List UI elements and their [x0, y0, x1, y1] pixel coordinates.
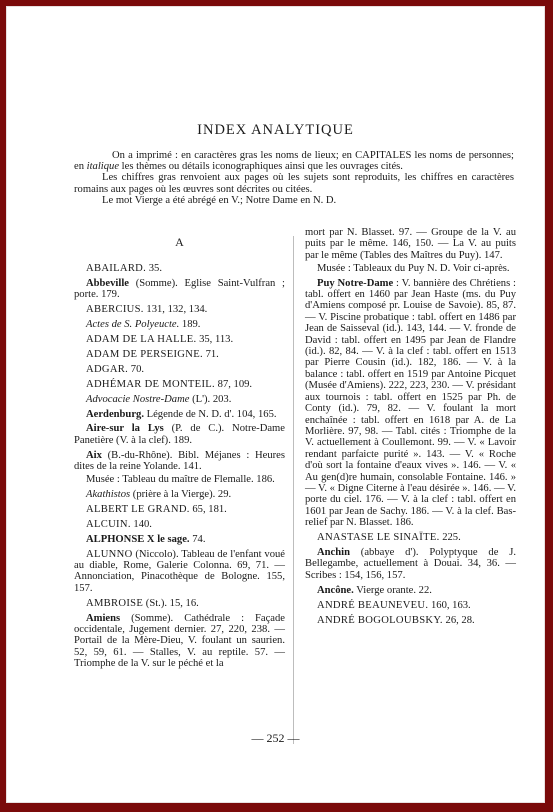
- index-entry-head: Anchin: [317, 547, 350, 558]
- index-entry: Musée : Tableau du maître de Flemalle. 1…: [74, 474, 285, 485]
- index-column-right: mort par N. Blasset. 97. — Groupe de la …: [305, 227, 516, 629]
- index-entry-refs: 160, 163.: [428, 600, 470, 611]
- index-entry: Akathistos (prière à la Vierge). 29.: [74, 489, 285, 500]
- index-entry: Actes de S. Polyeucte. 189.: [74, 319, 285, 330]
- index-entry-head: Aerdenburg.: [86, 409, 144, 420]
- index-entry-refs: 225.: [440, 532, 461, 543]
- page-number: — 252 —: [6, 731, 545, 746]
- index-entry: Ancône. Vierge orante. 22.: [305, 585, 516, 596]
- index-entry-refs: 189.: [179, 319, 200, 330]
- index-entry: ANDRÉ BEAUNEVEU. 160, 163.: [305, 600, 516, 611]
- intro-paragraph-2: Les chiffres gras renvoient aux pages où…: [74, 172, 514, 194]
- index-entry-head: AMBROISE: [86, 598, 143, 609]
- index-entry: ABERCIUS. 131, 132, 134.: [74, 304, 285, 315]
- index-entry: ANASTASE LE SINAÏTE. 225.: [305, 532, 516, 543]
- index-entry: Puy Notre-Dame : V. bannière des Chrétie…: [305, 278, 516, 529]
- index-entry: Amiens (Somme). Cathédrale : Façade occi…: [74, 613, 285, 670]
- index-entry: ADAM DE LA HALLE. 35, 113.: [74, 334, 285, 345]
- index-entry: ABAILARD. 35.: [74, 263, 285, 274]
- index-entry-head: ANDRÉ BEAUNEVEU.: [317, 600, 428, 611]
- index-entry: Anchin (abbaye d'). Polyptyque de J. Bel…: [305, 547, 516, 581]
- index-entry-refs: 140.: [131, 519, 152, 530]
- index-entry-head: ANASTASE LE SINAÏTE.: [317, 532, 440, 543]
- index-entry-refs: Légende de N. D. d'. 104, 165.: [144, 409, 277, 420]
- index-entry-head: Akathistos: [86, 489, 130, 500]
- index-entry-head: ADAM DE LA HALLE.: [86, 334, 196, 345]
- index-entry: ALUNNO (Niccolo). Tableau de l'enfant vo…: [74, 549, 285, 595]
- index-entry-refs: 65, 181.: [190, 504, 227, 515]
- index-entry-refs: (B.-du-Rhône). Bibl. Méjanes : Heures di…: [74, 450, 285, 472]
- index-entry-head: ADHÉMAR DE MONTEIL.: [86, 379, 215, 390]
- index-entry-head: ALPHONSE X le sage.: [86, 534, 190, 545]
- index-entry-head: Aire-sur la Lys: [86, 423, 164, 434]
- index-entry-head: ADGAR.: [86, 364, 128, 375]
- index-entry: ALPHONSE X le sage. 74.: [74, 534, 285, 545]
- index-entry-head: Advocacie Nostre-Dame: [86, 394, 189, 405]
- intro-paragraph-3: Le mot Vierge a été abrégé en V.; Notre …: [74, 195, 514, 206]
- index-entry-refs: 70.: [128, 364, 144, 375]
- index-entry-refs: Vierge orante. 22.: [354, 585, 432, 596]
- index-entry-refs: 71.: [203, 349, 219, 360]
- index-entry: ALBERT LE GRAND. 65, 181.: [74, 504, 285, 515]
- column-divider: [293, 236, 294, 744]
- index-entry: AMBROISE (St.). 15, 16.: [74, 598, 285, 609]
- section-letter: A: [74, 237, 285, 251]
- index-column-left: A ABAILARD. 35.Abbeville (Somme). Eglise…: [74, 227, 285, 673]
- index-entry: Aire-sur la Lys (P. de C.). Notre-Dame P…: [74, 423, 285, 446]
- index-entry-refs: (St.). 15, 16.: [143, 598, 199, 609]
- index-entry-refs: Musée : Tableaux du Puy N. D. Voir ci-ap…: [317, 263, 510, 274]
- index-entry-refs: (prière à la Vierge). 29.: [130, 489, 231, 500]
- index-entry: ALCUIN. 140.: [74, 519, 285, 530]
- index-entry: ADAM DE PERSEIGNE. 71.: [74, 349, 285, 360]
- document-page: INDEX ANALYTIQUE On a imprimé : en carac…: [6, 6, 545, 803]
- index-entry-refs: 74.: [190, 534, 206, 545]
- index-entry: Aerdenburg. Légende de N. D. d'. 104, 16…: [74, 409, 285, 420]
- index-entry-head: ABERCIUS.: [86, 304, 144, 315]
- index-entry-refs: 35.: [146, 263, 162, 274]
- index-entry-refs: : V. bannière des Chrétiens : tabl. offe…: [305, 278, 516, 529]
- index-entry-head: ABAILARD.: [86, 263, 146, 274]
- index-entry-head: Amiens: [86, 613, 120, 624]
- index-entry: ANDRÉ BOGOLOUBSKY. 26, 28.: [305, 615, 516, 626]
- index-entry-head: ADAM DE PERSEIGNE.: [86, 349, 203, 360]
- intro-paragraph-1: On a imprimé : en caractères gras les no…: [74, 150, 514, 172]
- index-entry-head: ALCUIN.: [86, 519, 131, 530]
- index-entry: mort par N. Blasset. 97. — Groupe de la …: [305, 227, 516, 261]
- page-title: INDEX ANALYTIQUE: [6, 122, 545, 139]
- index-entry-refs: 87, 109.: [215, 379, 252, 390]
- index-entry-head: Aix: [86, 450, 102, 461]
- index-entry: ADGAR. 70.: [74, 364, 285, 375]
- index-entry-head: Puy Notre-Dame: [317, 278, 393, 289]
- index-entry-refs: 131, 132, 134.: [144, 304, 208, 315]
- index-entry-refs: mort par N. Blasset. 97. — Groupe de la …: [305, 227, 516, 261]
- intro-notes: On a imprimé : en caractères gras les no…: [74, 150, 514, 206]
- index-entry-refs: 26, 28.: [443, 615, 475, 626]
- index-entry-refs: 35, 113.: [196, 334, 233, 345]
- index-entry-refs: Musée : Tableau du maître de Flemalle. 1…: [86, 474, 275, 485]
- index-entry-head: ANDRÉ BOGOLOUBSKY.: [317, 615, 443, 626]
- index-entry: Musée : Tableaux du Puy N. D. Voir ci-ap…: [305, 263, 516, 274]
- index-entry-head: Ancône.: [317, 585, 354, 596]
- index-entry: Advocacie Nostre-Dame (L'). 203.: [74, 394, 285, 405]
- index-entry-refs: (L'). 203.: [189, 394, 231, 405]
- index-entry-head: Actes de S. Polyeucte.: [86, 319, 179, 330]
- index-entry-head: ALBERT LE GRAND.: [86, 504, 190, 515]
- index-entry-head: Abbeville: [86, 278, 129, 289]
- index-entry: Aix (B.-du-Rhône). Bibl. Méjanes : Heure…: [74, 450, 285, 473]
- index-entry: ADHÉMAR DE MONTEIL. 87, 109.: [74, 379, 285, 390]
- index-entry-head: ALUNNO: [86, 549, 133, 560]
- index-entry: Abbeville (Somme). Eglise Saint-Vulfran …: [74, 278, 285, 301]
